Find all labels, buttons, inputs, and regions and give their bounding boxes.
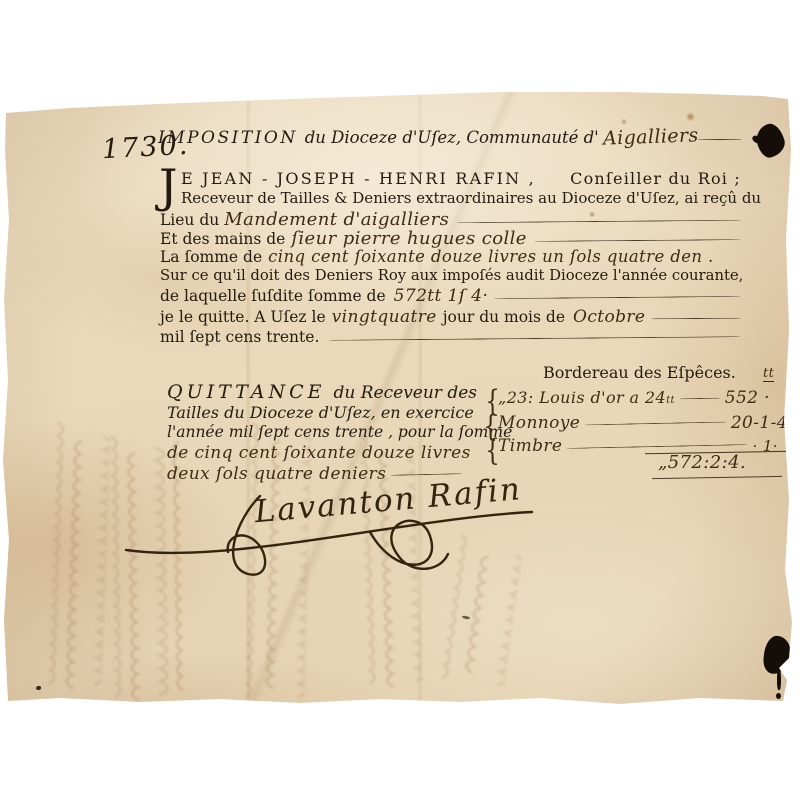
bordereau-title: Bordereau des Eſpêces. <box>543 363 736 382</box>
row-label: Monnoye <box>498 413 580 433</box>
ink-drip <box>777 670 781 690</box>
signature: Lavanton Rafin <box>108 468 548 588</box>
hand-drawn-dash <box>680 398 720 400</box>
somme-label: La ſomme de <box>160 248 262 266</box>
quittance-line3-text: l'année mil ſept cens trente , pour la ſ… <box>167 423 512 441</box>
quittance-hand1: de cinq cent ſoixante douze livres <box>167 443 471 463</box>
hand-drawn-dash <box>585 422 726 426</box>
ink-blot-bottom-right <box>762 635 792 676</box>
row-label: „23: Louis d'or a 24 <box>498 388 666 407</box>
quittance-line1-rest: du Receveur des <box>334 383 478 403</box>
bordereau-title-text: Bordereau des Eſpêces. <box>543 363 736 382</box>
signature-loop-flourish <box>370 521 448 569</box>
paper-speck <box>36 686 41 690</box>
day-value-handwritten: vingtquatre <box>332 307 437 327</box>
scanned-document-page: { "colors": { "paper": "#e9d8ba", "print… <box>0 0 800 800</box>
field-mains: Et des mains de ſieur pierre hugues coll… <box>160 228 740 249</box>
receveur-text: Receveur de Tailles & Deniers extraordin… <box>181 189 761 207</box>
bordereau-total: „572:2:4. <box>658 452 746 473</box>
ruled-line <box>329 336 740 341</box>
bordereau-row: „23: Louis d'or a 24tt 552 · <box>498 388 770 408</box>
header-title-rest: du Dioceze d'Uſez, Communauté d' <box>305 128 599 147</box>
field-somme: La ſomme de cinq cent ſoixante douze liv… <box>160 247 740 266</box>
quitte-label: je le quitte. A Uſez le <box>160 308 326 326</box>
row-label: Timbre <box>498 436 562 456</box>
quittance-line2: Tailles du Dioceze d'Uſez, en exercice <box>167 403 474 422</box>
total-value: „572:2:4. <box>658 452 746 473</box>
hand-drawn-dash <box>567 444 747 449</box>
ruled-line <box>457 220 740 223</box>
susdite-value-handwritten: 572tt 1ſ 4· <box>394 286 489 306</box>
quittance-word: QUITTANCE <box>167 381 326 403</box>
field-lieu: Lieu du Mandement d'aigalliers <box>160 209 740 230</box>
field-year-words: mil ſept cens trente. <box>160 328 740 346</box>
receiver-name: E JEAN - JOSEPH - HENRI RAFIN , <box>181 169 536 188</box>
row-value: 20-1-4 <box>731 413 788 433</box>
dropcap-initial: J <box>159 163 177 209</box>
column-unit-superscript: tt <box>763 366 774 382</box>
jour-label: jour du mois de <box>443 308 565 326</box>
field-date: je le quitte. A Uſez le vingtquatre jour… <box>160 307 740 327</box>
row-label-sup: tt <box>666 395 675 406</box>
community-name-handwritten: Aigalliers <box>602 124 698 149</box>
quittance-line2-text: Tailles du Dioceze d'Uſez, en exercice <box>167 403 474 422</box>
header-line: IMPOSITION du Dioceze d'Uſez, Communauté… <box>158 126 742 148</box>
ruled-line <box>494 296 740 299</box>
quittance-amount-handwritten-1: de cinq cent ſoixante douze livres <box>167 443 471 463</box>
surce-text: Sur ce qu'il doit des Deniers Roy aux im… <box>160 267 743 284</box>
signature-text: Lavanton Rafin <box>252 471 523 530</box>
surce-line: Sur ce qu'il doit des Deniers Roy aux im… <box>160 267 740 284</box>
bordereau-row: Monnoye 20-1-4 <box>498 413 788 433</box>
lieu-label: Lieu du <box>160 211 219 229</box>
ruled-line <box>651 318 740 320</box>
month-value-handwritten: Octobre <box>573 307 645 327</box>
susdite-label: de laquelle ſuſdite ſomme de <box>160 287 386 305</box>
quittance-line1: QUITTANCE du Receveur des <box>167 381 477 403</box>
mil-text: mil ſept cens trente. <box>160 328 319 346</box>
quittance-line3: l'année mil ſept cens trente , pour la ſ… <box>167 423 512 441</box>
ink-drip-dot <box>776 693 781 699</box>
mains-label: Et des mains de <box>160 230 285 248</box>
somme-value-handwritten: cinq cent ſoixante douze livres un ſols … <box>268 247 714 266</box>
ruled-line <box>698 139 742 140</box>
receiver-title: Conſeiller du Roi ; <box>570 169 741 188</box>
ruled-line <box>535 239 740 242</box>
total-rule-bottom <box>652 476 782 479</box>
opening-line2: Receveur de Tailles & Deniers extraordin… <box>181 189 741 207</box>
mains-value-handwritten: ſieur pierre hugues colle <box>291 228 527 249</box>
aged-paper-sheet: IMPOSITION du Dioceze d'Uſez, Communauté… <box>0 0 800 800</box>
lieu-value-handwritten: Mandement d'aigalliers <box>224 209 449 230</box>
field-susdite: de laquelle ſuſdite ſomme de 572tt 1ſ 4· <box>160 286 740 306</box>
show-through-writing <box>41 419 111 695</box>
opening-name-line: E JEAN - JOSEPH - HENRI RAFIN , Conſeill… <box>181 169 741 188</box>
row-value: 552 · <box>725 388 770 408</box>
